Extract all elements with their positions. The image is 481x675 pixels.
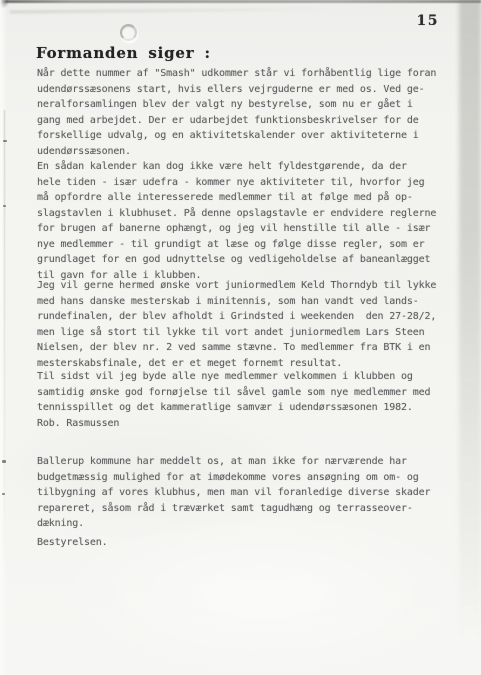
scanned-page: 15 Formanden siger : Når dette nummer af… (0, 0, 481, 675)
hole-punch-mark (120, 24, 137, 41)
scan-edge-top (0, 0, 481, 3)
paper-fold-line (4, 110, 5, 580)
chairman-paragraph-1: Når dette nummer af "Smash" udkommer stå… (37, 66, 481, 159)
page-number: 15 (417, 13, 439, 29)
chairman-paragraph-4: Til sidst vil jeg byde alle nye medlemme… (37, 369, 481, 416)
article-heading: Formanden siger : (36, 44, 211, 62)
board-signature: Bestyrelsen. (37, 535, 481, 551)
margin-speck (2, 460, 6, 463)
paper-crease (10, 8, 340, 14)
chairman-paragraph-2: En sådan kalender kan dog ikke være helt… (37, 159, 481, 283)
chairman-signature: Rob. Rasmussen (37, 416, 481, 432)
chairman-paragraph-3: Jeg vil gerne hermed ønske vort juniorme… (37, 278, 481, 371)
margin-speck (3, 140, 7, 142)
margin-speck (2, 493, 5, 495)
board-notice-paragraph: Ballerup kommune har meddelt os, at man … (37, 454, 481, 532)
margin-speck (3, 205, 6, 207)
